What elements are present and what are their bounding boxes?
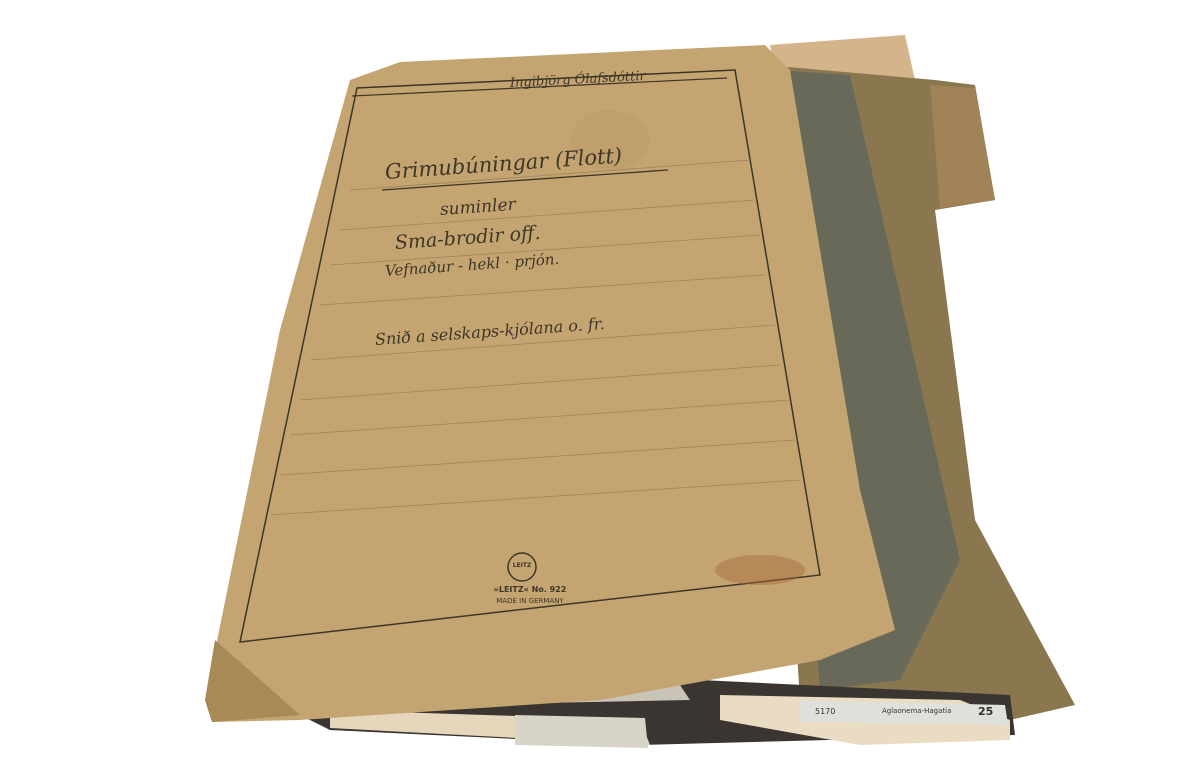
inner-label-number: 5170 <box>815 707 835 716</box>
folder-photo <box>0 0 1200 769</box>
leitz-logo-text: LEITZ <box>508 562 536 569</box>
leitz-brand-line: »LEITZ« No. 922 <box>460 585 600 594</box>
inner-label-name: Aglaonema-Hagatia <box>882 707 951 715</box>
folder-cover <box>205 45 895 722</box>
inner-label-count: 25 <box>978 705 993 718</box>
folder-tab <box>930 85 995 208</box>
leitz-origin-line: MADE IN GERMANY <box>460 597 600 605</box>
